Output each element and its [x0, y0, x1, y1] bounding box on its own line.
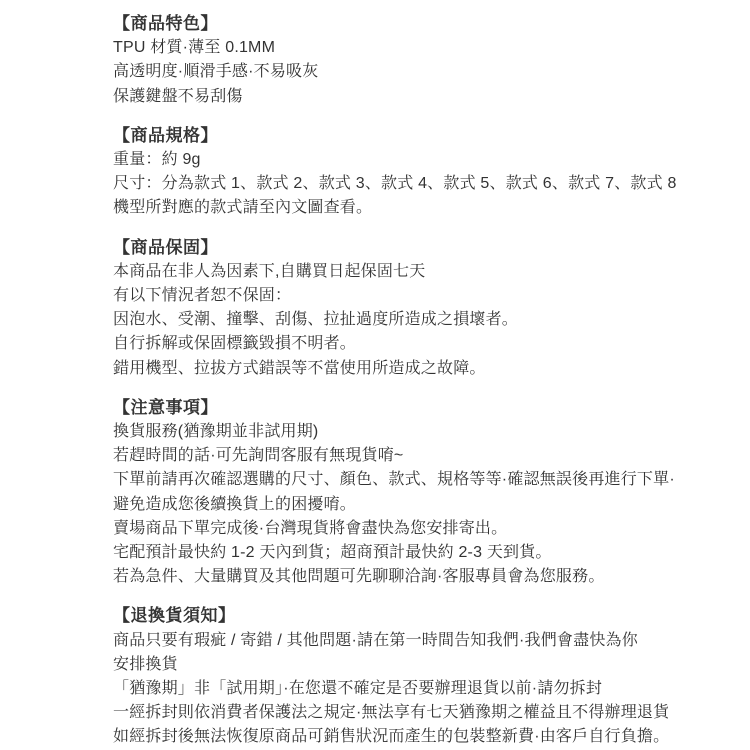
section-line: 保護鍵盤不易刮傷: [113, 85, 690, 109]
section-line: 避免造成您後續換貨上的困擾唷。: [113, 493, 690, 517]
section-return-policy: 【退換貨須知】 商品只要有瑕疵 / 寄錯 / 其他問題·請在第一時間告知我們·我…: [113, 604, 690, 749]
section-line: 如經拆封後無法恢復原商品可銷售狀況而產生的包裝整新費·由客戶自行負擔。: [113, 725, 690, 749]
section-product-specs: 【商品規格】 重量：約 9g尺寸：分為款式 1、款式 2、款式 3、款式 4、款…: [113, 124, 690, 221]
section-line: 安排換貨: [113, 653, 690, 677]
section-title-product-features: 【商品特色】: [113, 12, 690, 36]
section-line: 因泡水、受潮、撞擊、刮傷、拉扯過度所造成之損壞者。: [113, 308, 690, 332]
section-line: 重量：約 9g: [113, 148, 690, 172]
section-title-product-specs: 【商品規格】: [113, 124, 690, 148]
section-line: 錯用機型、拉拔方式錯誤等不當使用所造成之故障。: [113, 357, 690, 381]
section-title-return-policy: 【退換貨須知】: [113, 604, 690, 628]
section-line: 換貨服務(猶豫期並非試用期): [113, 420, 690, 444]
section-title-notes: 【注意事項】: [113, 396, 690, 420]
section-line: 賣場商品下單完成後·台灣現貨將會盡快為您安排寄出。: [113, 517, 690, 541]
section-product-warranty: 【商品保固】 本商品在非人為因素下,自購買日起保固七天有以下情況者恕不保固：因泡…: [113, 236, 690, 381]
section-line: 本商品在非人為因素下,自購買日起保固七天: [113, 260, 690, 284]
section-line: 高透明度·順滑手感·不易吸灰: [113, 60, 690, 84]
section-line: 下單前請再次確認選購的尺寸、顏色、款式、規格等等·確認無誤後再進行下單·: [113, 468, 690, 492]
section-line: 若趕時間的話·可先詢問客服有無現貨唷~: [113, 444, 690, 468]
section-line: 有以下情況者恕不保固：: [113, 284, 690, 308]
section-line: 宅配預計最快約 1-2 天內到貨；超商預計最快約 2-3 天到貨。: [113, 541, 690, 565]
section-product-features: 【商品特色】 TPU 材質·薄至 0.1MM高透明度·順滑手感·不易吸灰保護鍵盤…: [113, 12, 690, 109]
section-line: 「猶豫期」非「試用期」·在您還不確定是否要辦理退貨以前·請勿拆封: [113, 677, 690, 701]
product-description-document: 【商品特色】 TPU 材質·薄至 0.1MM高透明度·順滑手感·不易吸灰保護鍵盤…: [0, 0, 750, 750]
section-line: 商品只要有瑕疵 / 寄錯 / 其他問題·請在第一時間告知我們·我們會盡快為你: [113, 629, 690, 653]
section-line: 自行拆解或保固標籤毀損不明者。: [113, 332, 690, 356]
section-line: 機型所對應的款式請至內文圖查看。: [113, 196, 690, 220]
section-title-product-warranty: 【商品保固】: [113, 236, 690, 260]
section-line: TPU 材質·薄至 0.1MM: [113, 36, 690, 60]
section-line: 尺寸：分為款式 1、款式 2、款式 3、款式 4、款式 5、款式 6、款式 7、…: [113, 172, 690, 196]
section-notes: 【注意事項】 換貨服務(猶豫期並非試用期)若趕時間的話·可先詢問客服有無現貨唷~…: [113, 396, 690, 590]
section-line: 一經拆封則依消費者保護法之規定·無法享有七天猶豫期之權益且不得辦理退貨: [113, 701, 690, 725]
section-line: 若為急件、大量購買及其他問題可先聊聊洽詢·客服專員會為您服務。: [113, 565, 690, 589]
